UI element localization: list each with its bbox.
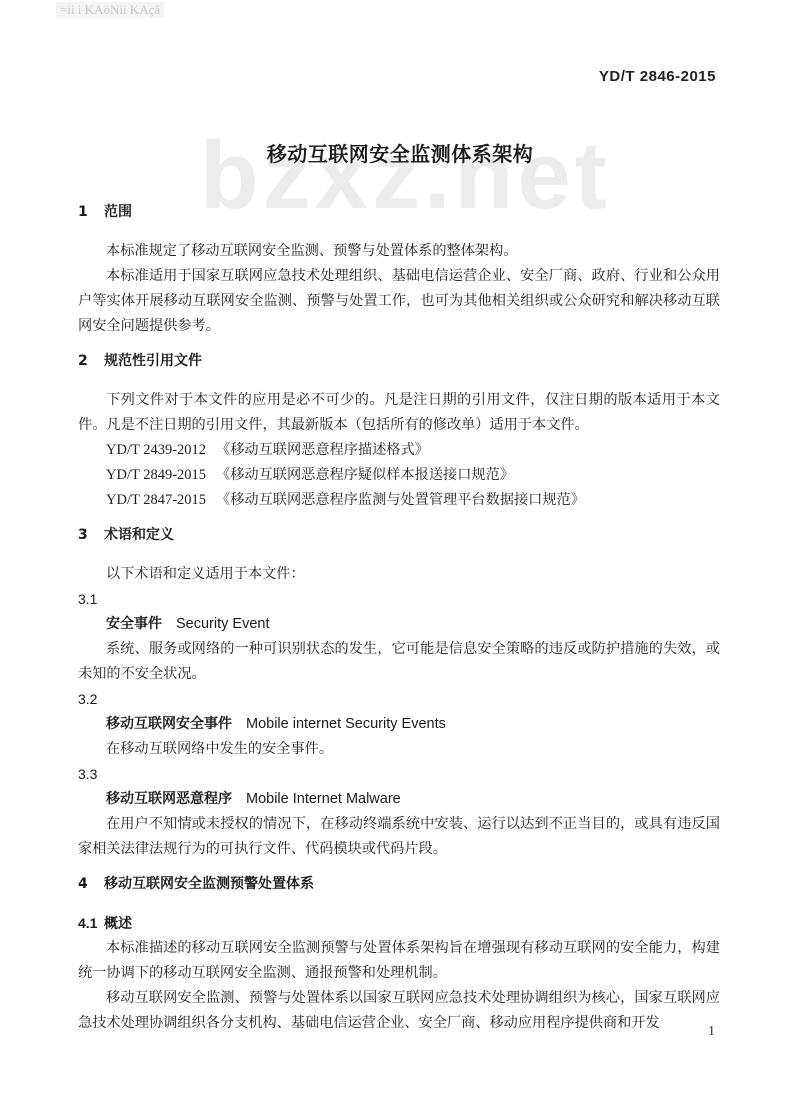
document-title: 移动互联网安全监测体系架构 xyxy=(0,138,800,167)
term-zh: 移动互联网安全事件 xyxy=(106,716,232,732)
term-number: 3.2 xyxy=(78,687,720,712)
reference-code: YD/T 2439-2012 xyxy=(106,438,216,463)
section-title: 范围 xyxy=(104,204,132,220)
section-title: 规范性引用文件 xyxy=(104,353,202,369)
section-number: 3 xyxy=(78,523,104,548)
subsection-4-1-heading: 4.1概述 xyxy=(78,911,720,936)
reference-row: YD/T 2847-2015 《移动互联网恶意程序监测与处置管理平台数据接口规范… xyxy=(78,488,720,513)
reference-title: 《移动互联网恶意程序描述格式》 xyxy=(216,438,720,463)
section-number: 1 xyxy=(78,200,104,225)
reference-title: 《移动互联网恶意程序监测与处置管理平台数据接口规范》 xyxy=(216,488,720,513)
term-en: Security Event xyxy=(176,616,270,632)
paragraph: 移动互联网安全监测、预警与处置体系以国家互联网应急技术处理协调组织为核心，国家互… xyxy=(78,986,720,1036)
term-zh: 安全事件 xyxy=(106,616,162,632)
term-heading: 安全事件Security Event xyxy=(78,612,720,637)
section-2-heading: 2规范性引用文件 xyxy=(78,349,720,374)
reference-row: YD/T 2849-2015 《移动互联网恶意程序疑似样本报送接口规范》 xyxy=(78,463,720,488)
scan-corner-mark: =ii i KAöNii KAçã xyxy=(56,2,164,18)
section-3-heading: 3术语和定义 xyxy=(78,523,720,548)
section-4-heading: 4移动互联网安全监测预警处置体系 xyxy=(78,872,720,897)
term-heading: 移动互联网恶意程序Mobile Internet Malware xyxy=(78,787,720,812)
paragraph: 本标准适用于国家互联网应急技术处理组织、基础电信运营企业、安全厂商、政府、行业和… xyxy=(78,264,720,339)
term-en: Mobile internet Security Events xyxy=(246,716,446,732)
section-number: 2 xyxy=(78,349,104,374)
page-number: 1 xyxy=(708,1024,715,1040)
subsection-title: 概述 xyxy=(104,916,132,932)
section-title: 移动互联网安全监测预警处置体系 xyxy=(104,876,314,892)
paragraph: 以下术语和定义适用于本文件： xyxy=(78,562,720,587)
term-en: Mobile Internet Malware xyxy=(246,791,401,807)
term-heading: 移动互联网安全事件Mobile internet Security Events xyxy=(78,712,720,737)
section-1-heading: 1范围 xyxy=(78,200,720,225)
reference-title: 《移动互联网恶意程序疑似样本报送接口规范》 xyxy=(216,463,720,488)
standard-number: YD/T 2846-2015 xyxy=(599,68,716,85)
reference-code: YD/T 2847-2015 xyxy=(106,488,216,513)
term-number: 3.1 xyxy=(78,587,720,612)
term-definition: 系统、服务或网络的一种可识别状态的发生，它可能是信息安全策略的违反或防护措施的失… xyxy=(78,637,720,687)
paragraph: 本标准描述的移动互联网安全监测预警与处置体系架构旨在增强现有移动互联网的安全能力… xyxy=(78,936,720,986)
reference-code: YD/T 2849-2015 xyxy=(106,463,216,488)
paragraph: 本标准规定了移动互联网安全监测、预警与处置体系的整体架构。 xyxy=(78,239,720,264)
section-title: 术语和定义 xyxy=(104,527,174,543)
subsection-number: 4.1 xyxy=(78,911,104,936)
term-definition: 在移动互联网络中发生的安全事件。 xyxy=(78,737,720,762)
document-body: 1范围 本标准规定了移动互联网安全监测、预警与处置体系的整体架构。 本标准适用于… xyxy=(78,200,720,1036)
term-zh: 移动互联网恶意程序 xyxy=(106,791,232,807)
paragraph: 下列文件对于本文件的应用是必不可少的。凡是注日期的引用文件，仅注日期的版本适用于… xyxy=(78,388,720,438)
term-definition: 在用户不知情或未授权的情况下，在移动终端系统中安装、运行以达到不正当目的，或具有… xyxy=(78,812,720,862)
reference-row: YD/T 2439-2012 《移动互联网恶意程序描述格式》 xyxy=(78,438,720,463)
section-number: 4 xyxy=(78,872,104,897)
term-number: 3.3 xyxy=(78,762,720,787)
